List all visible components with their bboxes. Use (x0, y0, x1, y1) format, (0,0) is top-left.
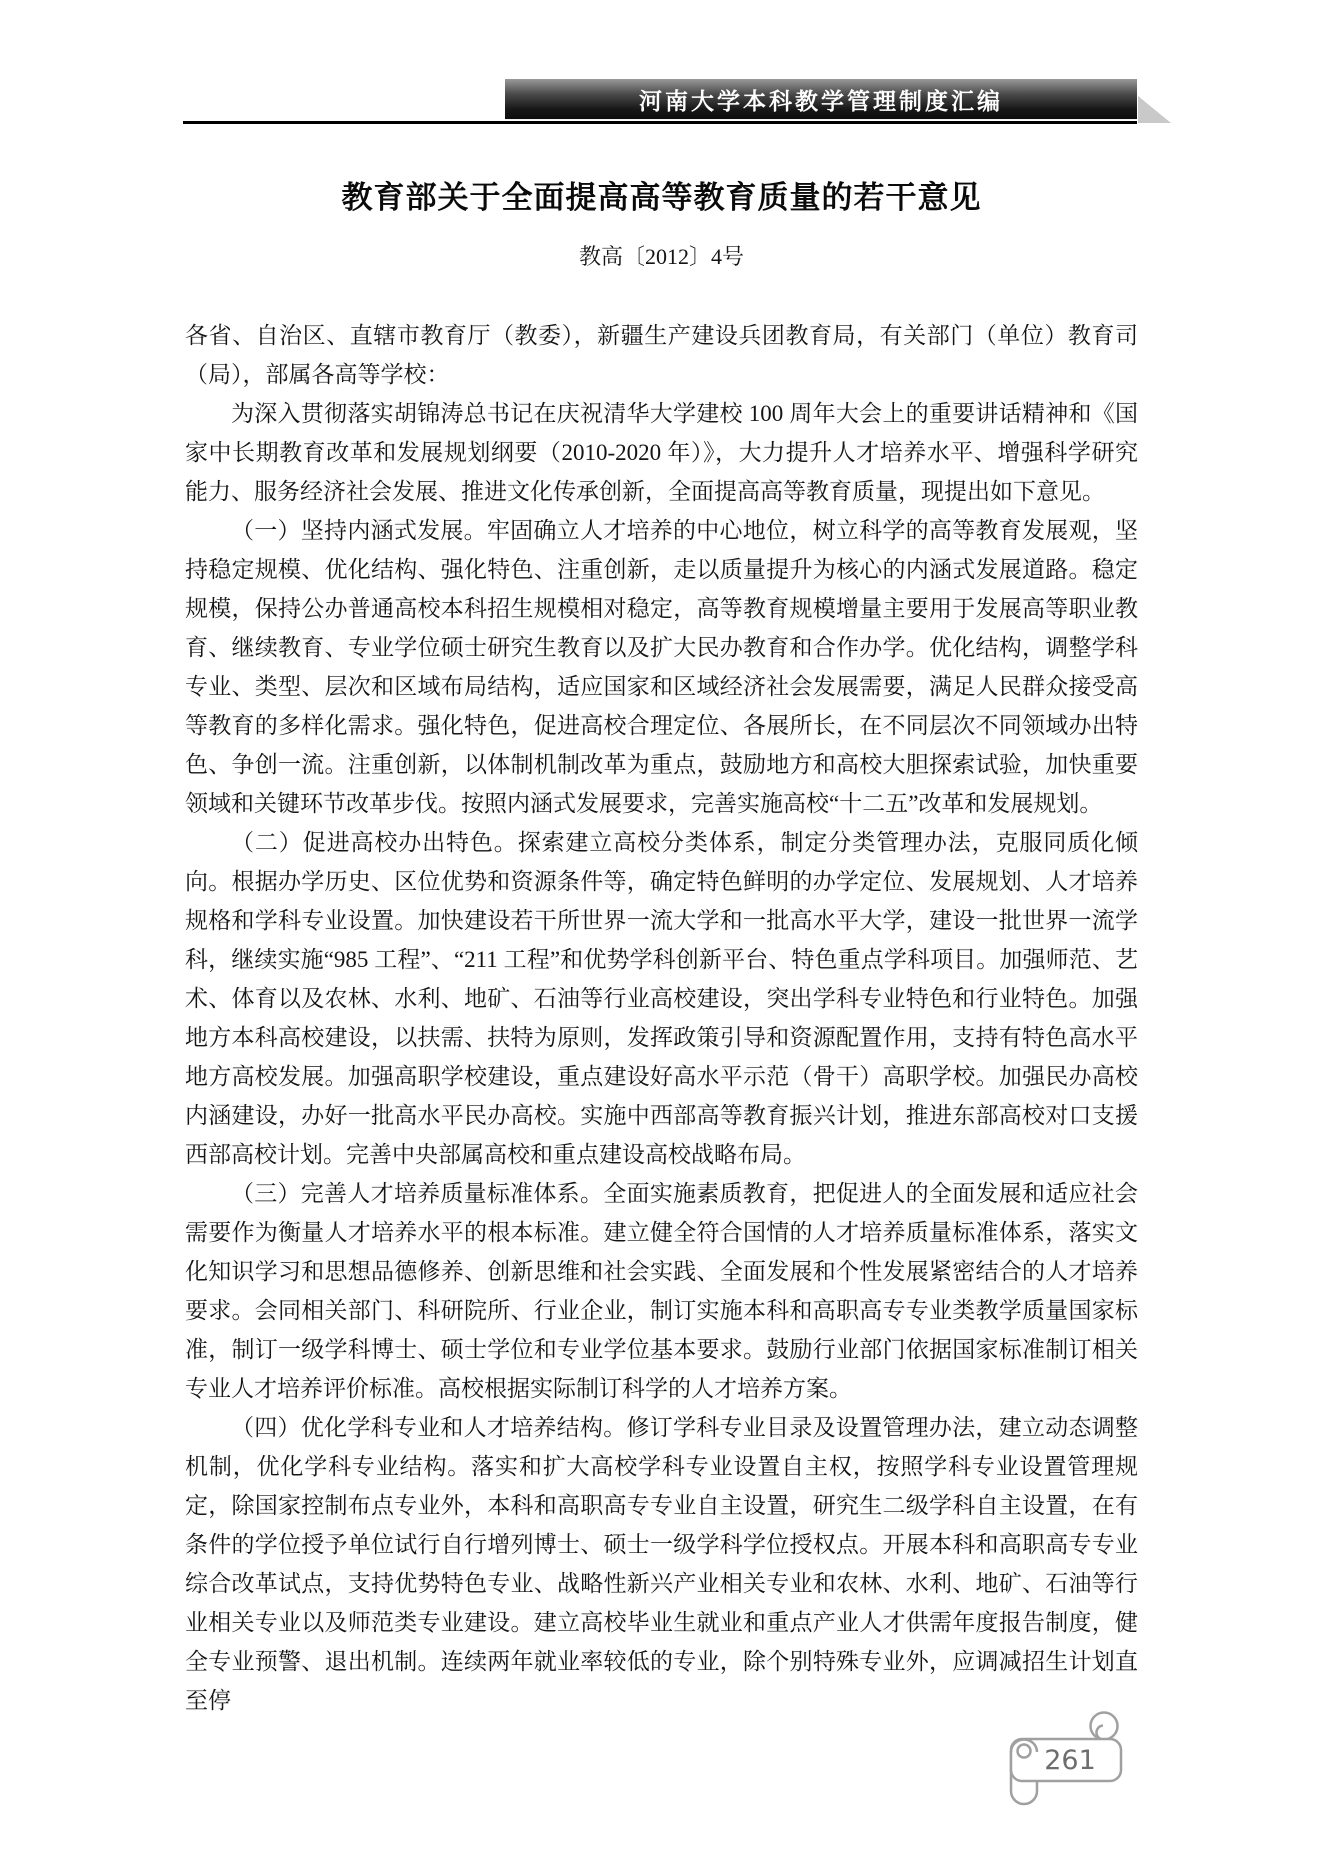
scroll-banner-icon: 261 (1004, 1710, 1136, 1810)
header-band: 河南大学本科教学管理制度汇编 (505, 79, 1137, 120)
page-number-scroll: 261 (1004, 1710, 1136, 1810)
header-arrow-icon (1138, 96, 1171, 123)
page-number: 261 (1044, 1745, 1096, 1776)
document-body: 各省、自治区、直辖市教育厅（教委），新疆生产建设兵团教育局，有关部门（单位）教育… (185, 316, 1138, 1720)
header-band-title: 河南大学本科教学管理制度汇编 (639, 83, 1003, 116)
paragraph-item-3: （三）完善人才培养质量标准体系。全面实施素质教育，把促进人的全面发展和适应社会需… (185, 1174, 1138, 1408)
document-page: 河南大学本科教学管理制度汇编 教育部关于全面提高高等教育质量的若干意见 教高〔2… (0, 0, 1323, 1871)
paragraph-item-2: （二）促进高校办出特色。探索建立高校分类体系，制定分类管理办法，克服同质化倾向。… (185, 823, 1138, 1174)
document-title: 教育部关于全面提高高等教育质量的若干意见 (0, 172, 1323, 217)
paragraph-item-4: （四）优化学科专业和人才培养结构。修订学科专业目录及设置管理办法，建立动态调整机… (185, 1408, 1138, 1720)
paragraph-intro: 为深入贯彻落实胡锦涛总书记在庆祝清华大学建校 100 周年大会上的重要讲话精神和… (185, 394, 1138, 511)
paragraph-salutation: 各省、自治区、直辖市教育厅（教委），新疆生产建设兵团教育局，有关部门（单位）教育… (185, 316, 1138, 394)
header-rule (183, 121, 1137, 124)
paragraph-item-1: （一）坚持内涵式发展。牢固确立人才培养的中心地位，树立科学的高等教育发展观，坚持… (185, 511, 1138, 823)
document-number: 教高〔2012〕4号 (0, 240, 1323, 271)
